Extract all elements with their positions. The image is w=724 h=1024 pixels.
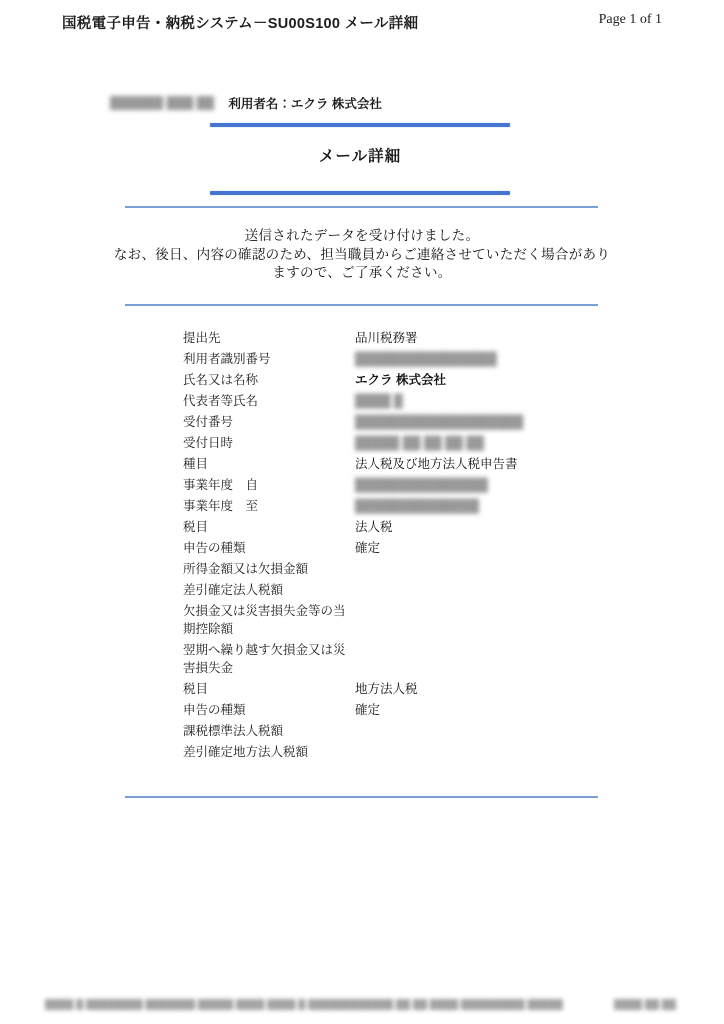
row-value: エクラ 株式会社 [355, 371, 615, 389]
message-line-2: なお、後日、内容の確認のため、担当職員からご連絡させていただく場合があり [0, 246, 724, 265]
divider-top [125, 206, 598, 208]
row-label: 受付日時 [183, 434, 355, 452]
row-value: 法人税及び地方法人税申告書 [355, 455, 615, 473]
divider-bottom [125, 796, 598, 798]
row-value: 法人税 [355, 518, 615, 536]
row-label: 差引確定地方法人税額 [183, 743, 355, 761]
row-label: 種目 [183, 455, 355, 473]
row-value-redacted: ███████████████ [355, 476, 615, 494]
row-label: 申告の種類 [183, 539, 355, 557]
redacted-code: ██████ ███ ██ [110, 96, 214, 110]
message-line-1: 送信されたデータを受け付けました。 [0, 227, 724, 246]
details-table: 提出先品川税務署利用者識別番号████████████████氏名又は名称エクラ… [183, 329, 615, 764]
accent-rule-top [210, 123, 510, 127]
row-value: 地方法人税 [355, 680, 615, 698]
table-row: 申告の種類確定 [183, 539, 615, 557]
system-title: 国税電子申告・納税システム－SU00S100 メール詳細 [62, 12, 418, 33]
row-label: 翌期へ繰り越す欠損金又は災害損失金 [183, 641, 355, 677]
user-name-label: 利用者名：エクラ 株式会社 [228, 94, 381, 112]
table-row: 種目法人税及び地方法人税申告書 [183, 455, 615, 473]
row-label: 受付番号 [183, 413, 355, 431]
row-label: 利用者識別番号 [183, 350, 355, 368]
table-row: 申告の種類確定 [183, 701, 615, 719]
footer-file-path: ████ █ ████████ ███████ █████ ████ ████ … [45, 999, 563, 1010]
table-row: 差引確定地方法人税額 [183, 743, 615, 761]
table-row: 氏名又は名称エクラ 株式会社 [183, 371, 615, 389]
row-label: 税目 [183, 680, 355, 698]
row-label: 課税標準法人税額 [183, 722, 355, 740]
table-row: 提出先品川税務署 [183, 329, 615, 347]
page-number: Page 1 of 1 [599, 12, 662, 28]
table-row: 税目法人税 [183, 518, 615, 536]
table-row: 利用者識別番号████████████████ [183, 350, 615, 368]
table-row: 受付日時█████ ██ ██ ██ ██ [183, 434, 615, 452]
row-label: 税目 [183, 518, 355, 536]
row-label: 申告の種類 [183, 701, 355, 719]
user-line: ██████ ███ ██ 利用者名：エクラ 株式会社 [110, 94, 382, 112]
row-value: 確定 [355, 539, 615, 557]
footer-date: ████ ██ ██ [614, 999, 676, 1010]
table-row: 所得金額又は欠損金額 [183, 560, 615, 578]
row-value: 品川税務署 [355, 329, 615, 347]
table-row: 事業年度 至██████████████ [183, 497, 615, 515]
table-row: 受付番号███████████████████ [183, 413, 615, 431]
row-label: 事業年度 自 [183, 476, 355, 494]
row-label: 差引確定法人税額 [183, 581, 355, 599]
row-label: 欠損金又は災害損失金等の当期控除額 [183, 602, 355, 638]
table-row: 欠損金又は災害損失金等の当期控除額 [183, 602, 615, 638]
row-value-redacted: ████████████████ [355, 350, 615, 368]
row-label: 代表者等氏名 [183, 392, 355, 410]
row-value-redacted: ████ █ [355, 392, 615, 410]
title-block: メール詳細 [210, 123, 510, 195]
document-page: 国税電子申告・納税システム－SU00S100 メール詳細 Page 1 of 1… [0, 0, 724, 1024]
table-row: 翌期へ繰り越す欠損金又は災害損失金 [183, 641, 615, 677]
notice-message: 送信されたデータを受け付けました。 なお、後日、内容の確認のため、担当職員からご… [0, 227, 724, 283]
table-row: 代表者等氏名████ █ [183, 392, 615, 410]
table-row: 税目地方法人税 [183, 680, 615, 698]
accent-rule-bottom [210, 191, 510, 195]
row-label: 提出先 [183, 329, 355, 347]
row-value-redacted: ██████████████ [355, 497, 615, 515]
row-label: 氏名又は名称 [183, 371, 355, 389]
row-value-redacted: ███████████████████ [355, 413, 615, 431]
print-header: 国税電子申告・納税システム－SU00S100 メール詳細 Page 1 of 1 [62, 12, 662, 33]
page-title: メール詳細 [210, 147, 510, 167]
row-label: 所得金額又は欠損金額 [183, 560, 355, 578]
table-row: 差引確定法人税額 [183, 581, 615, 599]
divider-middle [125, 304, 598, 306]
row-value: 確定 [355, 701, 615, 719]
table-row: 事業年度 自███████████████ [183, 476, 615, 494]
row-label: 事業年度 至 [183, 497, 355, 515]
row-value-redacted: █████ ██ ██ ██ ██ [355, 434, 615, 452]
table-row: 課税標準法人税額 [183, 722, 615, 740]
message-line-3: ますので、ご了承ください。 [0, 264, 724, 283]
print-footer: ████ █ ████████ ███████ █████ ████ ████ … [45, 999, 676, 1010]
